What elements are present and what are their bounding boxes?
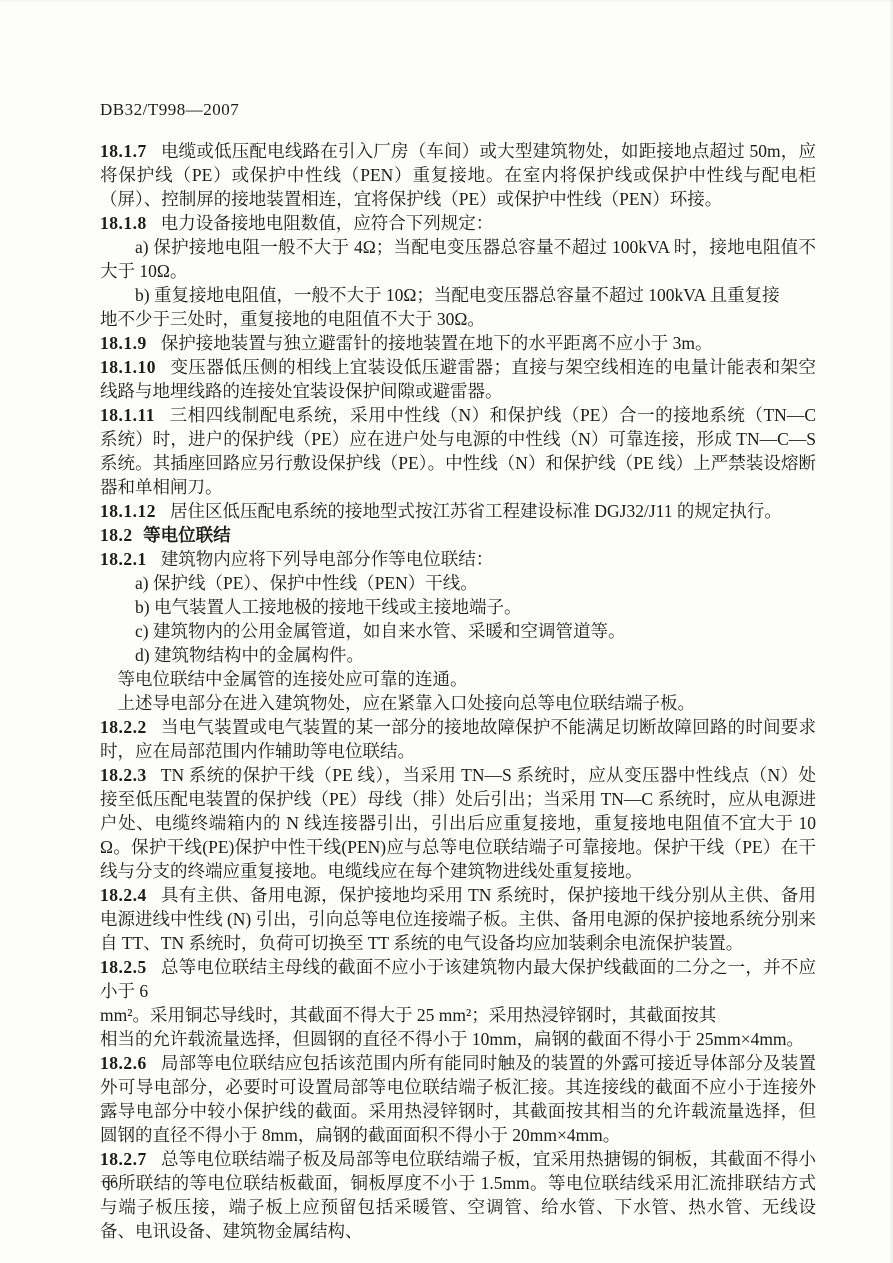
clause-text: c) 建筑物内的公用金属管道，如自来水管、采暖和空调管道等。	[135, 621, 625, 641]
clause-text: 三相四线制配电系统，采用中性线（N）和保护线（PE）合一的接地系统（TN—C 系…	[100, 405, 816, 497]
list-item-c: c) 建筑物内的公用金属管道，如自来水管、采暖和空调管道等。	[100, 619, 816, 643]
clause-18-1-10: 18.1.10变压器低压侧的相线上宜装设低压避雷器；直接与架空线相连的电量计能表…	[100, 355, 816, 403]
list-item-d: d) 建筑物结构中的金属构件。	[100, 643, 816, 667]
clause-text: 变压器低压侧的相线上宜装设低压避雷器；直接与架空线相连的电量计能表和架空线路与地…	[100, 357, 816, 401]
list-item-a: a) 保护线（PE）、保护中性线（PEN）干线。	[100, 571, 816, 595]
list-item-b: b) 重复接地电阻值，一般不大于 10Ω；当配电变压器总容量不超过 100kVA…	[100, 283, 816, 307]
clause-text: 总等电位联结端子板及局部等电位联结端子板，宜采用热搪锡的铜板，其截面不得小于所联…	[100, 1149, 816, 1241]
clause-number: 18.2.5	[100, 957, 161, 977]
clause-number: 18.1.8	[100, 213, 161, 233]
clause-text: 地不少于三处时，重复接地的电阻值不大于 30Ω。	[100, 309, 485, 329]
clause-text: 局部等电位联结应包括该范围内所有能同时触及的装置的外露可接近导体部分及装置外可导…	[100, 1053, 816, 1145]
clause-18-1-7: 18.1.7电缆或低压配电线路在引入厂房（车间）或大型建筑物处，如距接地点超过 …	[100, 139, 816, 211]
clause-text: mm²。采用铜芯导线时，其截面不得大于 25 mm²；采用热浸锌钢时，其截面按其	[100, 1005, 716, 1025]
clause-text: a) 保护线（PE）、保护中性线（PEN）干线。	[135, 573, 478, 593]
clause-text: 电力设备接地电阻数值，应符合下列规定：	[161, 213, 494, 233]
clause-number: 18.2.2	[100, 717, 161, 737]
document-body: 18.1.7电缆或低压配电线路在引入厂房（车间）或大型建筑物处，如距接地点超过 …	[100, 139, 816, 1243]
list-item-b: b) 电气装置人工接地极的接地干线或主接地端子。	[100, 595, 816, 619]
clause-text: 保护接地装置与独立避雷针的接地装置在地下的水平距离不应小于 3m。	[161, 333, 713, 353]
clause-number: 18.1.11	[100, 405, 169, 425]
page-number: 66	[102, 1175, 118, 1193]
clause-18-2-5-continuation: mm²。采用铜芯导线时，其截面不得大于 25 mm²；采用热浸锌钢时，其截面按其	[100, 1003, 816, 1027]
clause-number: 18.1.7	[100, 141, 161, 161]
clause-18-1-12: 18.1.12居住区低压配电系统的接地型式按江苏省工程建设标准 DGJ32/J1…	[100, 499, 816, 523]
section-title: 等电位联结	[143, 525, 231, 545]
clause-text: 相当的允许载流量选择，但圆钢的直径不得小于 10mm，扁钢的截面不得小于 25m…	[100, 1029, 804, 1049]
clause-text: 当电气装置或电气装置的某一部分的接地故障保护不能满足切断故障回路的时间要求时，应…	[100, 717, 816, 761]
clause-18-2-6: 18.2.6局部等电位联结应包括该范围内所有能同时触及的装置的外露可接近导体部分…	[100, 1051, 816, 1147]
section-heading-18-2: 18.2等电位联结	[100, 523, 816, 547]
list-item-a: a) 保护接地电阻一般不大于 4Ω；当配电变压器总容量不超过 100kVA 时，…	[100, 235, 816, 283]
clause-18-2-1: 18.2.1建筑物内应将下列导电部分作等电位联结：	[100, 547, 816, 571]
clause-18-1-11: 18.1.11三相四线制配电系统，采用中性线（N）和保护线（PE）合一的接地系统…	[100, 403, 816, 499]
note-paragraph: 等电位联结中金属管的连接处应可靠的连通。	[100, 667, 816, 691]
clause-18-2-2: 18.2.2当电气装置或电气装置的某一部分的接地故障保护不能满足切断故障回路的时…	[100, 715, 816, 763]
clause-text: 等电位联结中金属管的连接处应可靠的连通。	[118, 669, 468, 689]
clause-number: 18.2.6	[100, 1053, 161, 1073]
document-code-header: DB32/T998—2007	[100, 100, 239, 120]
clause-text: b) 电气装置人工接地极的接地干线或主接地端子。	[135, 597, 521, 617]
list-item-b-continuation: 地不少于三处时，重复接地的电阻值不大于 30Ω。	[100, 307, 816, 331]
clause-text: d) 建筑物结构中的金属构件。	[135, 645, 364, 665]
clause-18-2-5: 18.2.5总等电位联结主母线的截面不应小于该建筑物内最大保护线截面的二分之一，…	[100, 955, 816, 1003]
clause-number: 18.1.9	[100, 333, 161, 353]
clause-text: 上述导电部分在进入建筑物处，应在紧靠入口处接向总等电位联结端子板。	[118, 693, 696, 713]
clause-number: 18.2.4	[100, 885, 161, 905]
clause-text: a) 保护接地电阻一般不大于 4Ω；当配电变压器总容量不超过 100kVA 时，…	[100, 237, 816, 281]
clause-text: 建筑物内应将下列导电部分作等电位联结：	[161, 549, 494, 569]
clause-number: 18.2.7	[100, 1149, 161, 1169]
note-paragraph: 上述导电部分在进入建筑物处，应在紧靠入口处接向总等电位联结端子板。	[100, 691, 816, 715]
clause-18-1-8: 18.1.8电力设备接地电阻数值，应符合下列规定：	[100, 211, 816, 235]
clause-18-2-3: 18.2.3TN 系统的保护干线（PE 线），当采用 TN—S 系统时，应从变压…	[100, 763, 816, 883]
clause-text: 电缆或低压配电线路在引入厂房（车间）或大型建筑物处，如距接地点超过 50m，应将…	[100, 141, 816, 209]
clause-18-2-7: 18.2.7总等电位联结端子板及局部等电位联结端子板，宜采用热搪锡的铜板，其截面…	[100, 1147, 816, 1243]
clause-18-1-9: 18.1.9保护接地装置与独立避雷针的接地装置在地下的水平距离不应小于 3m。	[100, 331, 816, 355]
clause-text: 具有主供、备用电源，保护接地均采用 TN 系统时，保护接地干线分别从主供、备用电…	[100, 885, 816, 953]
clause-number: 18.2.3	[100, 765, 161, 785]
clause-text: TN 系统的保护干线（PE 线），当采用 TN—S 系统时，应从变压器中性线点（…	[100, 765, 816, 881]
clause-number: 18.1.10	[100, 357, 170, 377]
clause-text: 总等电位联结主母线的截面不应小于该建筑物内最大保护线截面的二分之一，并不应小于 …	[100, 957, 816, 1001]
clause-number: 18.2.1	[100, 549, 161, 569]
section-number: 18.2	[100, 525, 143, 545]
document-page: DB32/T998—2007 18.1.7电缆或低压配电线路在引入厂房（车间）或…	[0, 0, 893, 1263]
clause-number: 18.1.12	[100, 501, 170, 521]
clause-18-2-5-continuation: 相当的允许载流量选择，但圆钢的直径不得小于 10mm，扁钢的截面不得小于 25m…	[100, 1027, 816, 1051]
clause-18-2-4: 18.2.4具有主供、备用电源，保护接地均采用 TN 系统时，保护接地干线分别从…	[100, 883, 816, 955]
clause-text: b) 重复接地电阻值，一般不大于 10Ω；当配电变压器总容量不超过 100kVA…	[135, 285, 780, 305]
clause-text: 居住区低压配电系统的接地型式按江苏省工程建设标准 DGJ32/J11 的规定执行…	[170, 501, 782, 521]
